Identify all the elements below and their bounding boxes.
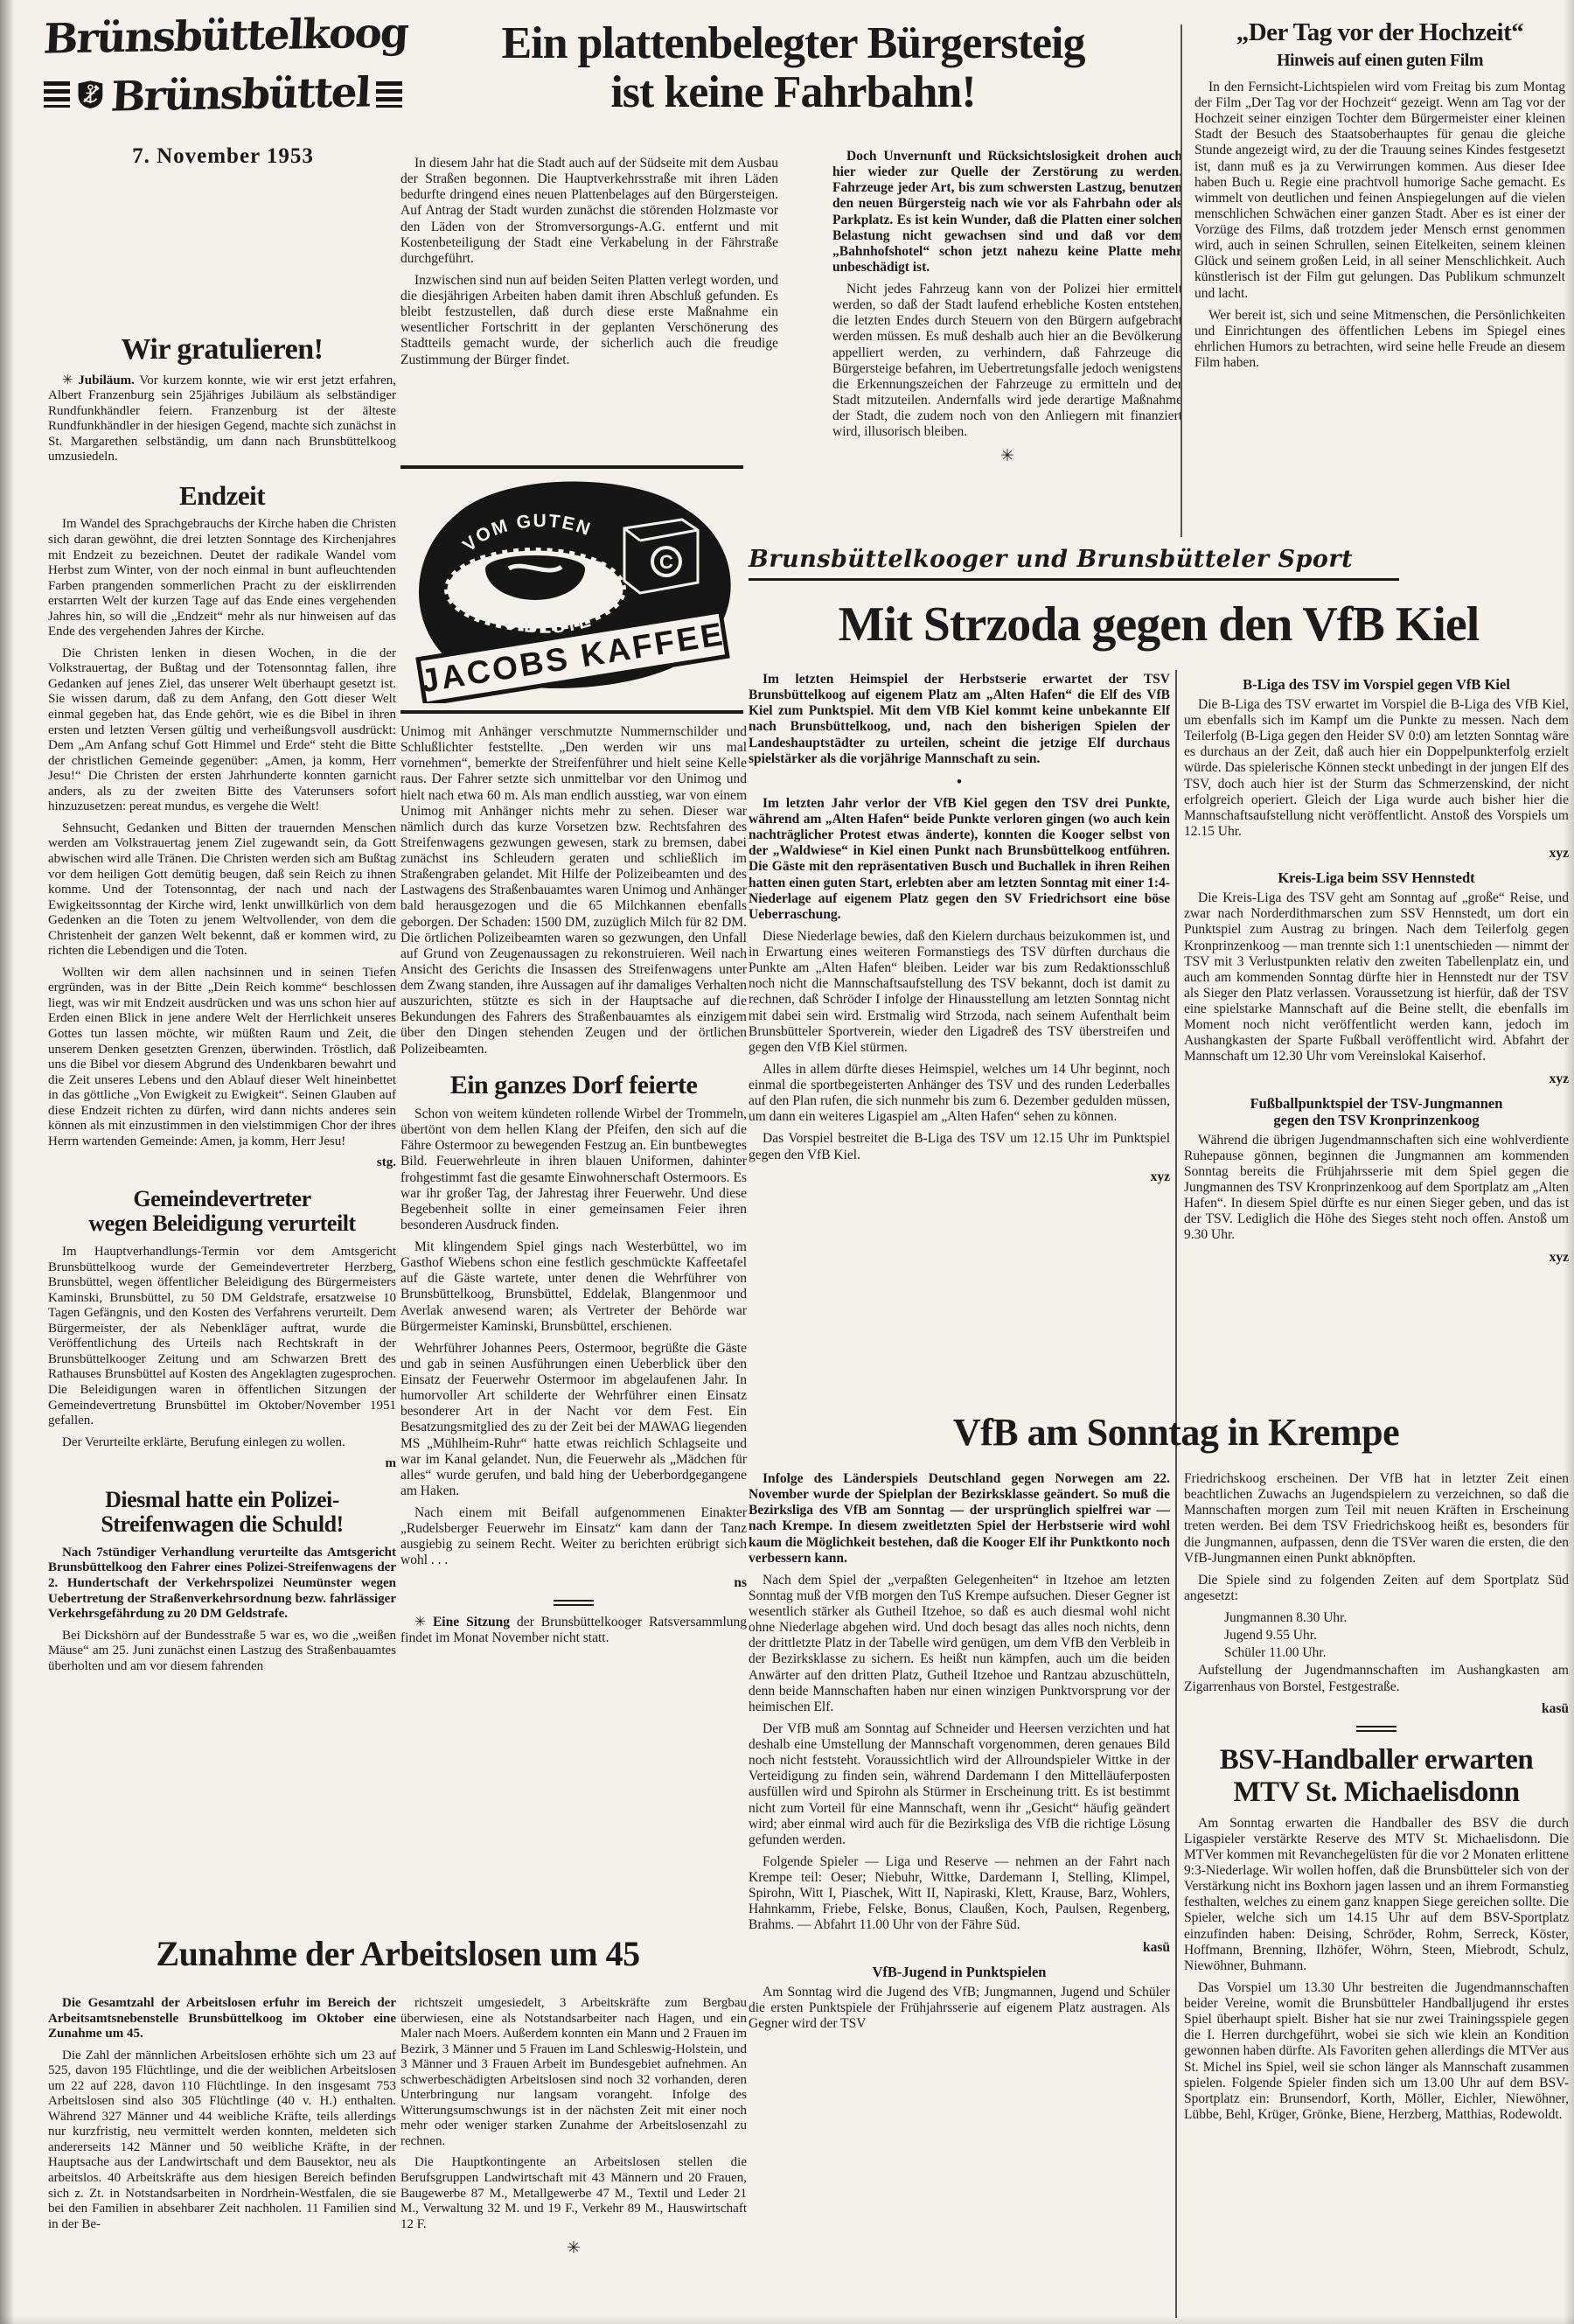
rule-above-ad: [400, 465, 743, 469]
bliga-title: B-Liga des TSV im Vorspiel gegen VfB Kie…: [1184, 677, 1569, 694]
buergersteig-paragraph-b: Nicht jedes Fahrzeug kann von der Polize…: [832, 282, 1182, 440]
handball-body: Am Sonntag erwarten die Handballer des B…: [1184, 1816, 1569, 2123]
krempe-signature: kasü: [749, 1940, 1170, 1956]
paragraph: Diese Niederlage bewies, daß den Kielern…: [749, 929, 1170, 1056]
column-1: Wir gratulieren! ✳ Jubiläum. Vor kurzem …: [48, 320, 396, 1931]
paragraph: Am Sonntag erwarten die Handballer des B…: [1184, 1816, 1569, 1974]
kreisliga-signature: xyz: [1184, 1071, 1569, 1087]
gemeindevertreter-title: Gemeindevertreter wegen Beleidigung veru…: [48, 1187, 396, 1236]
zeiten-intro: Die Spiele sind zu folgenden Zeiten auf …: [1184, 1573, 1569, 1604]
polizei-lead: Nach 7stündiger Verhandlung verurteilte …: [48, 1546, 396, 1623]
arbeitslose-body-b: richtszeit umgesiedelt, 3 Arbeitskräfte …: [400, 1996, 747, 2232]
masthead-title-line1: Brünsbüttelkoog: [42, 9, 403, 63]
aufstellung-note: Aufstellung der Jugendmannschaften im Au…: [1184, 1663, 1569, 1694]
film-article: „Der Tag vor der Hochzeit“ Hinweis auf e…: [1194, 19, 1565, 542]
paragraph: Nach dem Spiel der „verpaßten Gelegenhei…: [749, 1573, 1170, 1715]
strzoda-signature: xyz: [749, 1169, 1170, 1185]
handball-headline: BSV-Handballer erwarten MTV St. Michaeli…: [1184, 1744, 1569, 1809]
masthead-date: 7. November 1953: [44, 144, 402, 169]
jungmannen-paragraph: Während die übrigen Jugendmannschaften s…: [1184, 1133, 1569, 1244]
masthead-title-line2: Brünsbüttel: [109, 68, 371, 121]
asterisk-mark: ✳: [832, 447, 1182, 466]
paragraph: Wollten wir dem allen nachsinnen und in …: [48, 966, 396, 1150]
endzeit-body: Im Wandel des Sprachgebrauchs der Kirche…: [48, 517, 396, 1149]
paragraph: Das Vorspiel um 13.30 Uhr bestreiten die…: [1184, 1980, 1569, 2123]
paragraph: Die Christen lenken in diesen Wochen, in…: [48, 646, 396, 815]
paragraph: Der VfB muß am Sonntag auf Schneider und…: [749, 1721, 1170, 1848]
arbeitslose-column-a: Die Gesamtzahl der Arbeitslosen erfuhr i…: [48, 1996, 396, 2315]
gemeindevertreter-signature: m: [48, 1456, 396, 1472]
aufstellung-signature: kasü: [1184, 1701, 1569, 1717]
polizei-paragraph: Bei Dickshörn auf der Bundesstraße 5 war…: [48, 1629, 396, 1675]
paragraph: Im Wandel des Sprachgebrauchs der Kirche…: [48, 517, 396, 639]
sport-kicker: Brunsbüttelkooger und Brunsbütteler Spor…: [749, 546, 1399, 581]
paragraph: Mit klingendem Spiel gings nach Westerbü…: [400, 1239, 747, 1335]
double-rule-divider: [1356, 1726, 1396, 1732]
zeiten-item: Jugend 9.55 Uhr.: [1184, 1628, 1569, 1644]
endzeit-signature: stg.: [48, 1155, 396, 1171]
asterisk-mark: ✳: [62, 373, 73, 387]
krempe-column-a: Infolge des Länderspiels Deutschland geg…: [749, 1471, 1170, 2321]
paragraph: Nach einem mit Beifall aufgenommenen Ein…: [400, 1505, 747, 1569]
paragraph: Wehrführer Johannes Peers, Ostermoor, be…: [400, 1341, 747, 1499]
paragraph: Folgende Spieler — Liga und Reserve — ne…: [749, 1854, 1170, 1934]
vfb-jugend-title: VfB-Jugend in Punktspielen: [749, 1965, 1170, 1981]
paragraph: richtszeit umgesiedelt, 3 Arbeitskräfte …: [400, 1996, 747, 2149]
buergersteig-lead-b: Doch Unvernunft und Rücksichtslosigkeit …: [832, 149, 1182, 276]
double-rule-divider: [554, 1600, 594, 1606]
paragraph: Inzwischen sind nun auf beiden Seiten Pl…: [400, 273, 778, 368]
newspaper-page: Brünsbüttelkoog Brünsbüttel 7. November …: [0, 0, 1574, 2324]
paragraph: Schon von weitem kündeten rollende Wirbe…: [400, 1106, 747, 1233]
jungmannen-title: Fußballpunktspiel der TSV-Jungmannen geg…: [1184, 1096, 1569, 1129]
gemeindevertreter-body: Im Hauptverhandlungs-Termin vor dem Amts…: [48, 1245, 396, 1450]
film-subtitle: Hinweis auf einen guten Film: [1194, 52, 1565, 71]
column-2-lower: Unimog mit Anhänger verschmutzte Nummern…: [400, 724, 747, 1928]
arbeitslose-paragraph: Die Zahl der männlichen Arbeitslosen erh…: [48, 2048, 396, 2233]
dorf-signature: ns: [400, 1575, 747, 1591]
paragraph: Sehnsucht, Gedanken und Bitten der traue…: [48, 821, 396, 960]
paragraph: Das Vorspiel bestreitet die B-Liga des T…: [749, 1131, 1170, 1162]
zeiten-list: Jungmannen 8.30 Uhr.Jugend 9.55 Uhr.Schü…: [1184, 1610, 1569, 1661]
kreisliga-paragraph: Die Kreis-Liga des TSV geht am Sonntag a…: [1184, 890, 1569, 1064]
kreisliga-title: Kreis-Liga beim SSV Hennstedt: [1184, 870, 1569, 887]
paragraph: Der Verurteilte erklärte, Berufung einle…: [48, 1435, 396, 1451]
column-rule-film: [1180, 24, 1182, 537]
bliga-signature: xyz: [1184, 846, 1569, 862]
paragraph: In den Fernsicht-Lichtspielen wird vom F…: [1194, 80, 1565, 302]
jacobs-kaffee-ad: VOM GUTEN DAS BESTE C JACOBS KAFFEE: [404, 478, 742, 703]
masthead: Brünsbüttelkoog Brünsbüttel 7. November …: [44, 12, 402, 169]
buergersteig-body-a: In diesem Jahr hat die Stadt auch auf de…: [400, 156, 778, 368]
arbeitslose-column-b: richtszeit umgesiedelt, 3 Arbeitskräfte …: [400, 1996, 747, 2315]
paragraph: Die Hauptkontingente an Arbeitslosen ste…: [400, 2155, 747, 2232]
film-body: In den Fernsicht-Lichtspielen wird vom F…: [1194, 80, 1565, 371]
gratulieren-paragraph: ✳ Jubiläum. Vor kurzem konnte, wie wir e…: [48, 373, 396, 465]
column-rule-sport: [1175, 670, 1177, 2318]
asterisk-mark: ✳: [400, 2239, 747, 2258]
buergersteig-column-b: Doch Unvernunft und Rücksichtslosigkeit …: [832, 149, 1182, 547]
krempe-headline: VfB am Sonntag in Krempe: [831, 1412, 1522, 1454]
strzoda-headline: Mit Strzoda gegen den VfB Kiel: [749, 598, 1569, 651]
rule-below-ad: [400, 710, 743, 714]
bullet-mark: •: [749, 773, 1170, 792]
polizei-title: Diesmal hatte ein Polizei- Streifenwagen…: [48, 1488, 396, 1537]
bliga-paragraph: Die B-Liga des TSV erwartet im Vorspiel …: [1184, 697, 1569, 840]
dorf-body: Schon von weitem kündeten rollende Wirbe…: [400, 1106, 747, 1569]
sitzung-note: ✳ Eine Sitzung der Brunsbüttelkooger Rat…: [400, 1615, 747, 1646]
krempe-column-b: Friedrichskoog erscheinen. Der VfB hat i…: [1184, 1471, 1569, 2321]
jungmannen-signature: xyz: [1184, 1250, 1569, 1266]
asterisk-mark: ✳: [414, 1615, 426, 1630]
dorf-title: Ein ganzes Dorf feierte: [400, 1071, 747, 1099]
paragraph: Wer bereit ist, sich und seine Mitmensch…: [1194, 308, 1565, 372]
svg-text:C: C: [659, 551, 673, 573]
zeiten-item: Jungmannen 8.30 Uhr.: [1184, 1610, 1569, 1626]
strzoda-paragraph-bold: Im letzten Jahr verlor der VfB Kiel gege…: [749, 796, 1170, 923]
paragraph: Alles in allem dürfte dieses Heimspiel, …: [749, 1062, 1170, 1126]
paragraph: In diesem Jahr hat die Stadt auch auf de…: [400, 156, 778, 267]
strzoda-lead: Im letzten Heimspiel der Herbstserie erw…: [749, 672, 1170, 767]
zeiten-item: Schüler 11.00 Uhr.: [1184, 1645, 1569, 1661]
buergersteig-headline: Ein plattenbelegter Bürgersteig ist kein…: [395, 19, 1191, 117]
krempe-lead: Infolge des Länderspiels Deutschland geg…: [749, 1471, 1170, 1567]
film-title: „Der Tag vor der Hochzeit“: [1194, 19, 1565, 46]
shield-anchor-hammer-icon: [77, 62, 104, 127]
sport-column-b: B-Liga des TSV im Vorspiel gegen VfB Kie…: [1184, 668, 1569, 1408]
arbeitslose-lead: Die Gesamtzahl der Arbeitslosen erfuhr i…: [48, 1996, 396, 2042]
paragraph: Im Hauptverhandlungs-Termin vor dem Amts…: [48, 1245, 396, 1429]
buergersteig-column-a: In diesem Jahr hat die Stadt auch auf de…: [400, 156, 778, 460]
krempe-body: Nach dem Spiel der „verpaßten Gelegenhei…: [749, 1573, 1170, 1934]
endzeit-title: Endzeit: [48, 481, 396, 510]
krempe-continuation: Friedrichskoog erscheinen. Der VfB hat i…: [1184, 1471, 1569, 1567]
sport-column-a: Im letzten Heimspiel der Herbstserie erw…: [749, 672, 1170, 1408]
arbeitslose-headline: Zunahme der Arbeitslosen um 45: [48, 1935, 748, 1972]
vfb-jugend-paragraph: Am Sonntag wird die Jugend des VfB; Jung…: [749, 1985, 1170, 2032]
masthead-stripes-left-icon: [44, 81, 70, 108]
gratulieren-title: Wir gratulieren!: [48, 334, 396, 366]
coffee-package-icon: C: [624, 520, 698, 593]
strzoda-body: Diese Niederlage bewies, daß den Kielern…: [749, 929, 1170, 1163]
unimog-continuation: Unimog mit Anhänger verschmutzte Nummern…: [400, 724, 747, 1057]
